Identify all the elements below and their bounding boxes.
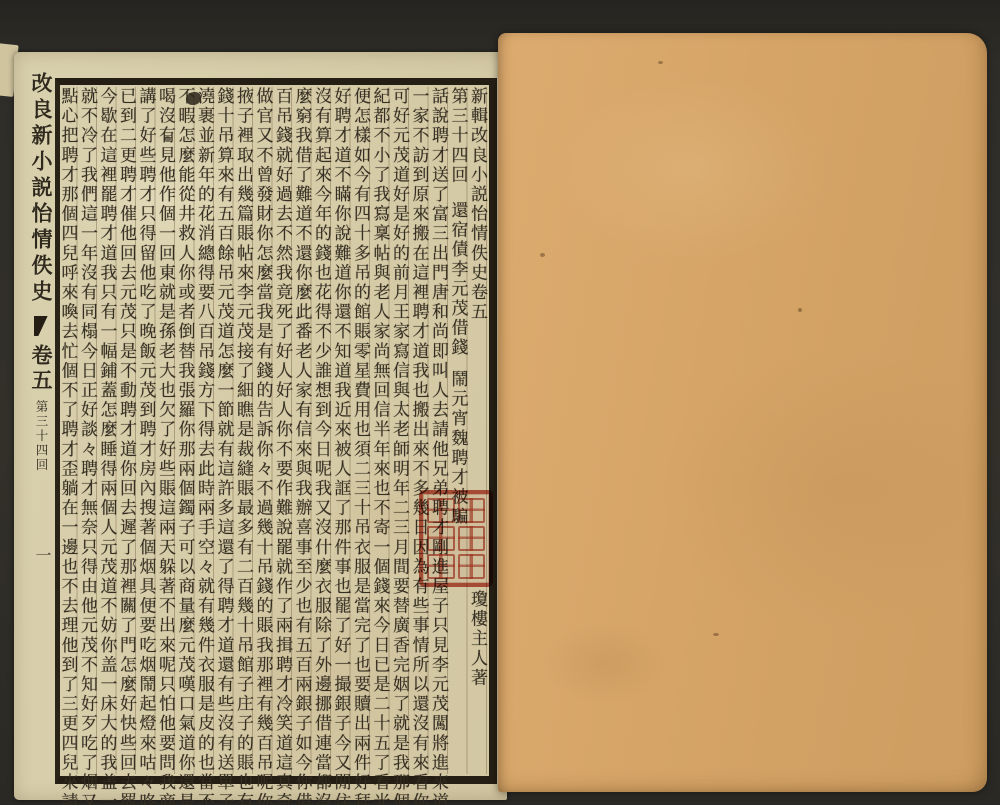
text-column: 喝沒有見他作個一回東就是孫老大也欠了好些賬這兩天躲著不出來呢只怕他要問我商量李元…	[156, 87, 176, 774]
chapter-couplet-line1: 還宿債李元茂借錢	[449, 201, 468, 358]
seal-glyph	[427, 498, 455, 523]
text-column: 做官又不曾發財你怎麼當我是有錢的告訴你々不過幾十吊錢的賬我那裡有幾百吊呢你不信我…	[253, 87, 273, 774]
text-column: 紀都不小了我寫稟帖與老人家尚無回信半年來也不寄一個錢來今日已是二十五了看光景年內…	[370, 87, 390, 774]
text-column: 沒有算起來今年的錢也花得不少誰想到今日呢我又沒什麼衣服除了外邊挪借連當都沒有當的…	[312, 87, 332, 774]
left-printed-page: 改良新小説怡情佚史卷五第三十四回一 新輯改良小説怡情佚史卷五瓊樓主人著 第三十四…	[14, 52, 507, 800]
book-scan-stage: 改良新小説怡情佚史卷五第三十四回一 新輯改良小説怡情佚史卷五瓊樓主人著 第三十四…	[0, 0, 1000, 805]
text-column: 已到二更聘才催他回去元茂只是不動聘才道你回去遲了那裡關了門怎麼好快些回去罷此時也…	[117, 87, 137, 774]
text-column: 好聘才道不瞞你說難道你還不知道我近來被人誆了那件事也罷了好一撮銀子今又閒住在此若…	[331, 87, 351, 774]
paper-speck	[798, 308, 802, 312]
spine-margin-strip: 改良新小説怡情佚史卷五第三十四回一	[27, 72, 56, 784]
author-attribution: 瓊樓主人著	[468, 590, 487, 688]
text-column: 講了好些聘才只得留他吃了晚飯元茂到聘才房內搜著個烟具便要吃烟鬧起燈來咕々咚々的鬧…	[136, 87, 156, 774]
text-column: 掖子裡取出幾篇賬帖來李元茂接了細瞧是裁縫賬最多有二百幾十吊館子庄子的賬也有二百來…	[234, 87, 254, 774]
text-column: 麼窮我借了難道不還你麼此番老人家有信來與我辦喜事至少也有五百兩銀子如今你借四十兩…	[292, 87, 312, 774]
print-frame-border: 新輯改良小説怡情佚史卷五瓊樓主人著 第三十四回還宿債李元茂借錢鬧元宵魏聘才被騙 …	[55, 78, 497, 784]
spine-volume-label: 卷五	[29, 344, 53, 394]
text-column: 不暇怎麼能從井救人你或者倒替我張羅你那兩個鐲子可以商量麼元茂嘆口氣道你還是這兩個…	[175, 87, 195, 774]
vertical-text-block: 新輯改良小説怡情佚史卷五瓊樓主人著 第三十四回還宿債李元茂借錢鬧元宵魏聘才被騙 …	[62, 87, 487, 774]
paper-speck	[713, 633, 719, 636]
chapter-number: 第三十四回	[449, 87, 468, 185]
leaf-page-number: 一	[33, 547, 50, 563]
text-column: 可好元茂道好是好的前月王家寫信與太老師明年二三月間要替廣香完姻了就是我那個親事孫…	[390, 87, 410, 774]
ink-blot	[164, 136, 171, 142]
paper-speck	[658, 61, 663, 64]
paper-speck	[540, 253, 545, 257]
red-seal-stamp	[419, 490, 493, 587]
text-column: 一家不訪到原來搬在這裡聘才道我也搬出來不多幾日因為有些事情所以還沒有來看你並看爹…	[409, 87, 429, 774]
text-column: 錢十吊算來有五百餘吊元茂道怎麼一節就有這許多這還了得聘才道還有些沒有送單子來呢此…	[214, 87, 234, 774]
spine-series-title: 改良新小説怡情佚史	[29, 72, 54, 306]
text-column: 便怎樣如今有四十多吊的館賬零星費用也須二三十吊衣服是當完了也要贖出兩件好拜年你替…	[351, 87, 371, 774]
seal-glyph	[427, 526, 455, 551]
title-column: 新輯改良小説怡情佚史卷五瓊樓主人著	[468, 87, 488, 774]
seal-glyph	[458, 498, 486, 523]
fishtail-divider-mark	[34, 316, 48, 336]
chapter-heading-column: 第三十四回還宿債李元茂借錢鬧元宵魏聘才被騙	[448, 87, 468, 774]
seal-glyph	[458, 526, 486, 551]
text-column: 澆裹並新年的花消總得要八百吊錢方下得去此時兩手空々就有幾件衣服是皮的也當不得是要…	[195, 87, 215, 774]
text-column: 百吊錢就好過去不然我竟死了好人好人你不要作難說罷就作了兩揖聘才冷笑道這真奇了你也…	[273, 87, 293, 774]
text-column: 話說聘才送了富三出門唐和尚即叫人去請他兄弟聘才剛進屋子只見李元茂闖將進來道今日纔…	[429, 87, 449, 774]
book-title: 新輯改良小説怡情佚史卷五	[468, 87, 487, 322]
seal-glyph	[458, 554, 486, 579]
seal-glyph	[427, 554, 455, 579]
text-column: 就不冷了我們這一年沒有同榻今日正好談々聘才無奈只得由他元茂不知好歹吃了烟又要吃果…	[78, 87, 98, 774]
spine-chapter-label: 第三十四回	[34, 400, 48, 473]
right-blank-cover-page	[498, 33, 987, 792]
text-column: 今歇在這裡罷聘才道我只有一幅鋪蓋怎麼睡得兩個人元茂道不妨你盖一床大的我盖一床小的…	[97, 87, 117, 774]
text-column: 點心把聘才那個四兒呼來喚去忙個不了聘才歪躺在一邊也不去理他到了三更四兒來請聘才說…	[58, 87, 78, 774]
